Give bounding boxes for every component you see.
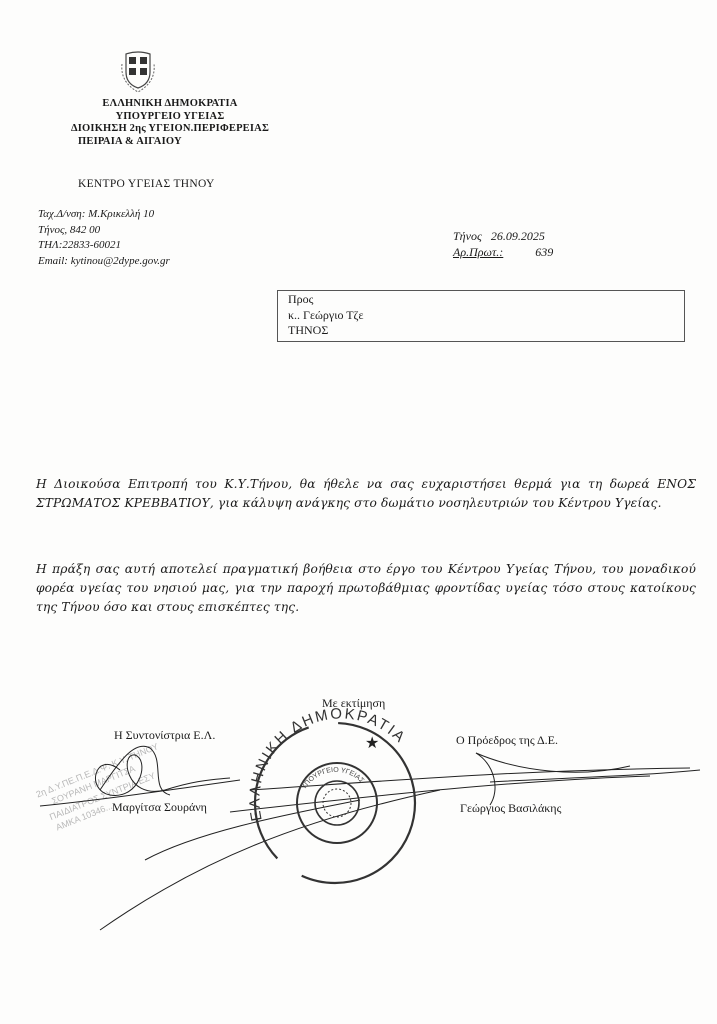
protocol-number: 639	[535, 244, 553, 260]
stamp-line: 2η Δ.Υ.ΠΕ.Π.Ε.Δ.Ψ. Κ.Υ. ΤΗΝΟΥ	[35, 741, 160, 799]
right-signature	[100, 753, 700, 930]
recipient-to-label: Προς	[288, 292, 684, 308]
unit-name: ΚΕΝΤΡΟ ΥΓΕΙΑΣ ΤΗΝΟΥ	[78, 178, 215, 190]
recipient-location: ΤΗΝΟΣ	[288, 323, 684, 339]
greek-coat-of-arms-icon	[118, 50, 158, 94]
protocol-row: Αρ.Πρωτ.:639	[453, 244, 553, 260]
header-line: ΥΠΟΥΡΓΕΙΟ ΥΓΕΙΑΣ	[60, 111, 280, 124]
stamp-inner-text: ΥΠΟΥΡΓΕΙΟ ΥΓΕΙΑΣ	[301, 767, 366, 791]
city: Τήνος, 842 00	[38, 223, 170, 239]
header-line: ΕΛΛΗΝΙΚΗ ΔΗΜΟΚΡΑΤΙΑ	[60, 98, 280, 111]
place-date: Τήνος 26.09.2025	[453, 228, 553, 244]
email: Email: kytinou@2dype.gov.gr	[38, 254, 170, 270]
right-signatory-title: Ο Πρόεδρος της Δ.Ε.	[456, 733, 558, 748]
body-paragraph-1: Η Διοικούσα Επιτροπή του Κ.Υ.Τήνου, θα ή…	[36, 475, 696, 513]
closing-salutation: Με εκτίμηση	[322, 696, 385, 711]
personal-stamp: 2η Δ.Υ.ΠΕ.Π.Ε.Δ.Ψ. Κ.Υ. ΤΗΝΟΥ ΣΟΥΡΑΝΗ ΜΑ…	[35, 741, 174, 835]
recipient-name: κ.. Γεώργιο Τζε	[288, 308, 684, 324]
body-paragraph-2: Η πράξη σας αυτή αποτελεί πραγματική βοή…	[36, 560, 696, 617]
date-protocol-block: Τήνος 26.09.2025 Αρ.Πρωτ.:639	[453, 228, 553, 260]
svg-text:★: ★	[365, 735, 379, 752]
recipient-box: Προς κ.. Γεώργιο Τζε ΤΗΝΟΣ	[277, 290, 685, 342]
stamp-line: ΑΜΚΑ 10346...	[54, 801, 113, 833]
svg-text:ΕΛΛΗΝΙΚΗ ΔΗΜΟΚΡΑΤΙΑ: ΕΛΛΗΝΙΚΗ ΔΗΜΟΚΡΑΤΙΑ	[246, 705, 409, 822]
left-signatory-name: Μαργίτσα Σουράνη	[112, 800, 207, 815]
svg-text:ΥΠΟΥΡΓΕΙΟ ΥΓΕΙΑΣ: ΥΠΟΥΡΓΕΙΟ ΥΓΕΙΑΣ	[301, 767, 366, 791]
stamp-outer-text: ΕΛΛΗΝΙΚΗ ΔΗΜΟΚΡΑΤΙΑ	[246, 705, 409, 822]
official-stamp: ★ ΕΛΛΗΝΙΚΗ ΔΗΜΟΚΡΑΤΙΑ ΥΠΟΥΡΓΕΙΟ ΥΓΕΙΑΣ	[246, 705, 415, 883]
header-line: ΔΙΟΙΚΗΣΗ 2ης ΥΓΕΙΟΝ.ΠΕΡΙΦΕΡΕΙΑΣ	[60, 123, 280, 136]
left-signature	[40, 746, 240, 806]
protocol-label: Αρ.Πρωτ.:	[453, 245, 503, 259]
header-line: ΠΕΙΡΑΙΑ & ΑΙΓΑΙΟΥ	[60, 136, 280, 149]
address: Ταχ.Δ/νση: Μ.Κρικελλή 10	[38, 207, 170, 223]
issuer-header: ΕΛΛΗΝΙΚΗ ΔΗΜΟΚΡΑΤΙΑ ΥΠΟΥΡΓΕΙΟ ΥΓΕΙΑΣ ΔΙΟ…	[60, 98, 280, 148]
phone: ΤΗΛ:22833-60021	[38, 238, 170, 254]
right-signatory-name: Γεώργιος Βασιλάκης	[460, 801, 561, 816]
contact-block: Ταχ.Δ/νση: Μ.Κρικελλή 10 Τήνος, 842 00 Τ…	[38, 207, 170, 269]
left-signatory-title: Η Συντονίστρια Ε.Λ.	[114, 728, 215, 743]
